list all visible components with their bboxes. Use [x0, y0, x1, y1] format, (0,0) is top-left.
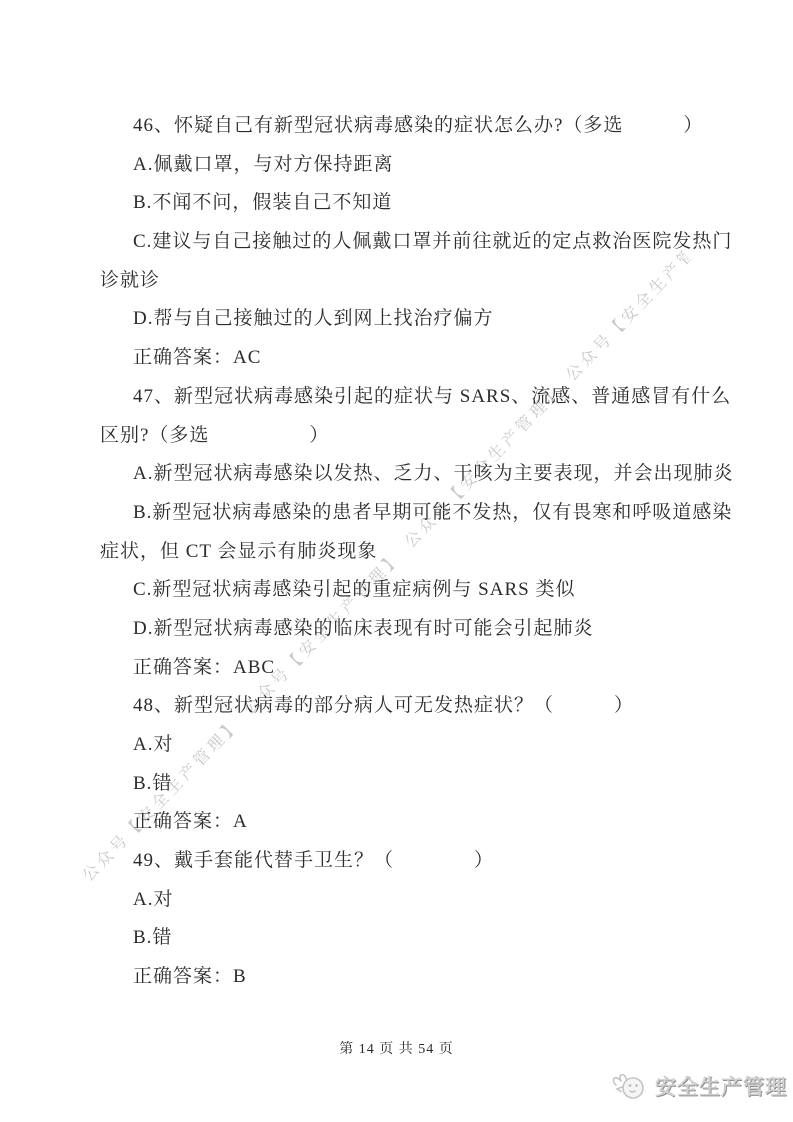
mascot-chick-icon [609, 1070, 651, 1102]
option-46-d: D.帮与自己接触过的人到网上找治疗偏方 [100, 300, 693, 339]
option-47-b: B.新型冠状病毒感染的患者早期可能不发热，仅有畏寒和呼吸道感染 [100, 494, 693, 533]
question-49: 49、戴手套能代替手卫生？（ ） [100, 842, 693, 881]
option-46-c-cont: 诊就诊 [100, 262, 693, 301]
option-46-b: B.不闻不问，假装自己不知道 [100, 184, 693, 223]
option-47-a: A.新型冠状病毒感染以发热、乏力、干咳为主要表现，并会出现肺炎 [100, 455, 693, 494]
option-48-a: A.对 [100, 726, 693, 765]
option-49-a: A.对 [100, 881, 693, 920]
question-47-cont: 区别?（多选 ） [100, 417, 693, 456]
option-47-d: D.新型冠状病毒感染的临床表现有时可能会引起肺炎 [100, 610, 693, 649]
document-body: 46、怀疑自己有新型冠状病毒感染的症状怎么办?（多选 ） A.佩戴口罩，与对方保… [100, 107, 693, 997]
question-47: 47、新型冠状病毒感染引起的症状与 SARS、流感、普通感冒有什么 [100, 378, 693, 417]
answer-49: 正确答案：B [100, 958, 693, 997]
brand-name: 安全生产管理 [655, 1071, 787, 1101]
page-number: 第 14 页 共 54 页 [339, 1042, 454, 1057]
option-46-a: A.佩戴口罩，与对方保持距离 [100, 146, 693, 185]
answer-47: 正确答案：ABC [100, 649, 693, 688]
answer-46: 正确答案：AC [100, 339, 693, 378]
question-48: 48、新型冠状病毒的部分病人可无发热症状？（ ） [100, 687, 693, 726]
brand-logo: 安全生产管理 [609, 1070, 787, 1102]
option-49-b: B.错 [100, 919, 693, 958]
page-footer: 第 14 页 共 54 页 [0, 1038, 793, 1058]
option-48-b: B.错 [100, 765, 693, 804]
option-47-b-cont: 症状，但 CT 会显示有肺炎现象 [100, 533, 693, 572]
document-page: 公众号【安全生产管理】 公众号【安全生产管理】 公众号【安全生产管理】 公众号【… [0, 0, 793, 1122]
option-46-c: C.建议与自己接触过的人佩戴口罩并前往就近的定点救治医院发热门 [100, 223, 693, 262]
option-47-c: C.新型冠状病毒感染引起的重症病例与 SARS 类似 [100, 571, 693, 610]
question-46: 46、怀疑自己有新型冠状病毒感染的症状怎么办?（多选 ） [100, 107, 693, 146]
answer-48: 正确答案：A [100, 803, 693, 842]
